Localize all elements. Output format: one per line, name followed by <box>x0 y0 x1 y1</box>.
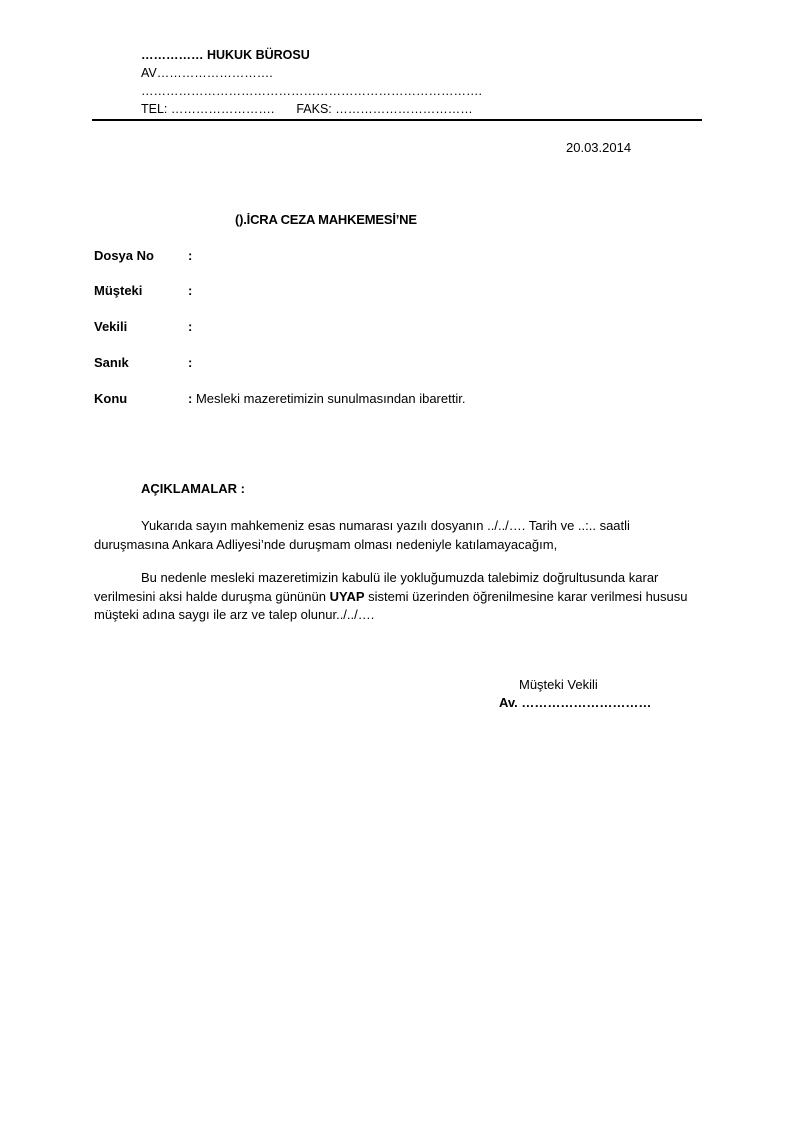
court-heading: ().İCRA CEZA MAHKEMESİ’NE <box>235 212 417 227</box>
signature-name: Av. ………………………… <box>499 695 651 710</box>
explanations-heading: AÇIKLAMALAR : <box>141 481 245 496</box>
field-separator: : <box>188 248 192 263</box>
field-separator: : <box>188 355 192 370</box>
field-dosya-no: Dosya No: <box>94 248 192 263</box>
letterhead-contact: TEL: …………………….FAKS: …………………………… <box>141 100 473 118</box>
letterhead-address: ………………………………………………………………………. <box>141 82 482 100</box>
document-date: 20.03.2014 <box>566 140 631 155</box>
field-musteki: Müşteki: <box>94 283 192 298</box>
field-value: Mesleki mazeretimizin sunulmasından ibar… <box>192 391 465 406</box>
paragraph-text: Yukarıda sayın mahkemeniz esas numarası … <box>94 518 630 552</box>
letterhead-fax: FAKS: …………………………… <box>296 102 472 116</box>
signature-title: Müşteki Vekili <box>519 677 598 692</box>
header-divider <box>92 119 702 121</box>
letterhead-lawyer: AV………………………. <box>141 64 273 82</box>
letterhead-title: …………… HUKUK BÜROSU <box>141 46 310 64</box>
field-label: Sanık <box>94 355 188 370</box>
field-separator: : <box>188 319 192 334</box>
field-vekili: Vekili: <box>94 319 192 334</box>
field-label: Konu <box>94 391 188 406</box>
field-sanik: Sanık: <box>94 355 192 370</box>
field-konu: Konu: Mesleki mazeretimizin sunulmasında… <box>94 391 465 406</box>
explanation-paragraph-2: Bu nedenle mesleki mazeretimizin kabulü … <box>94 569 694 625</box>
field-label: Dosya No <box>94 248 188 263</box>
explanation-paragraph-1: Yukarıda sayın mahkemeniz esas numarası … <box>94 517 694 554</box>
field-label: Vekili <box>94 319 188 334</box>
letterhead-tel: TEL: ……………………. <box>141 102 274 116</box>
uyap-emphasis: UYAP <box>330 589 365 604</box>
field-separator: : <box>188 283 192 298</box>
field-label: Müşteki <box>94 283 188 298</box>
